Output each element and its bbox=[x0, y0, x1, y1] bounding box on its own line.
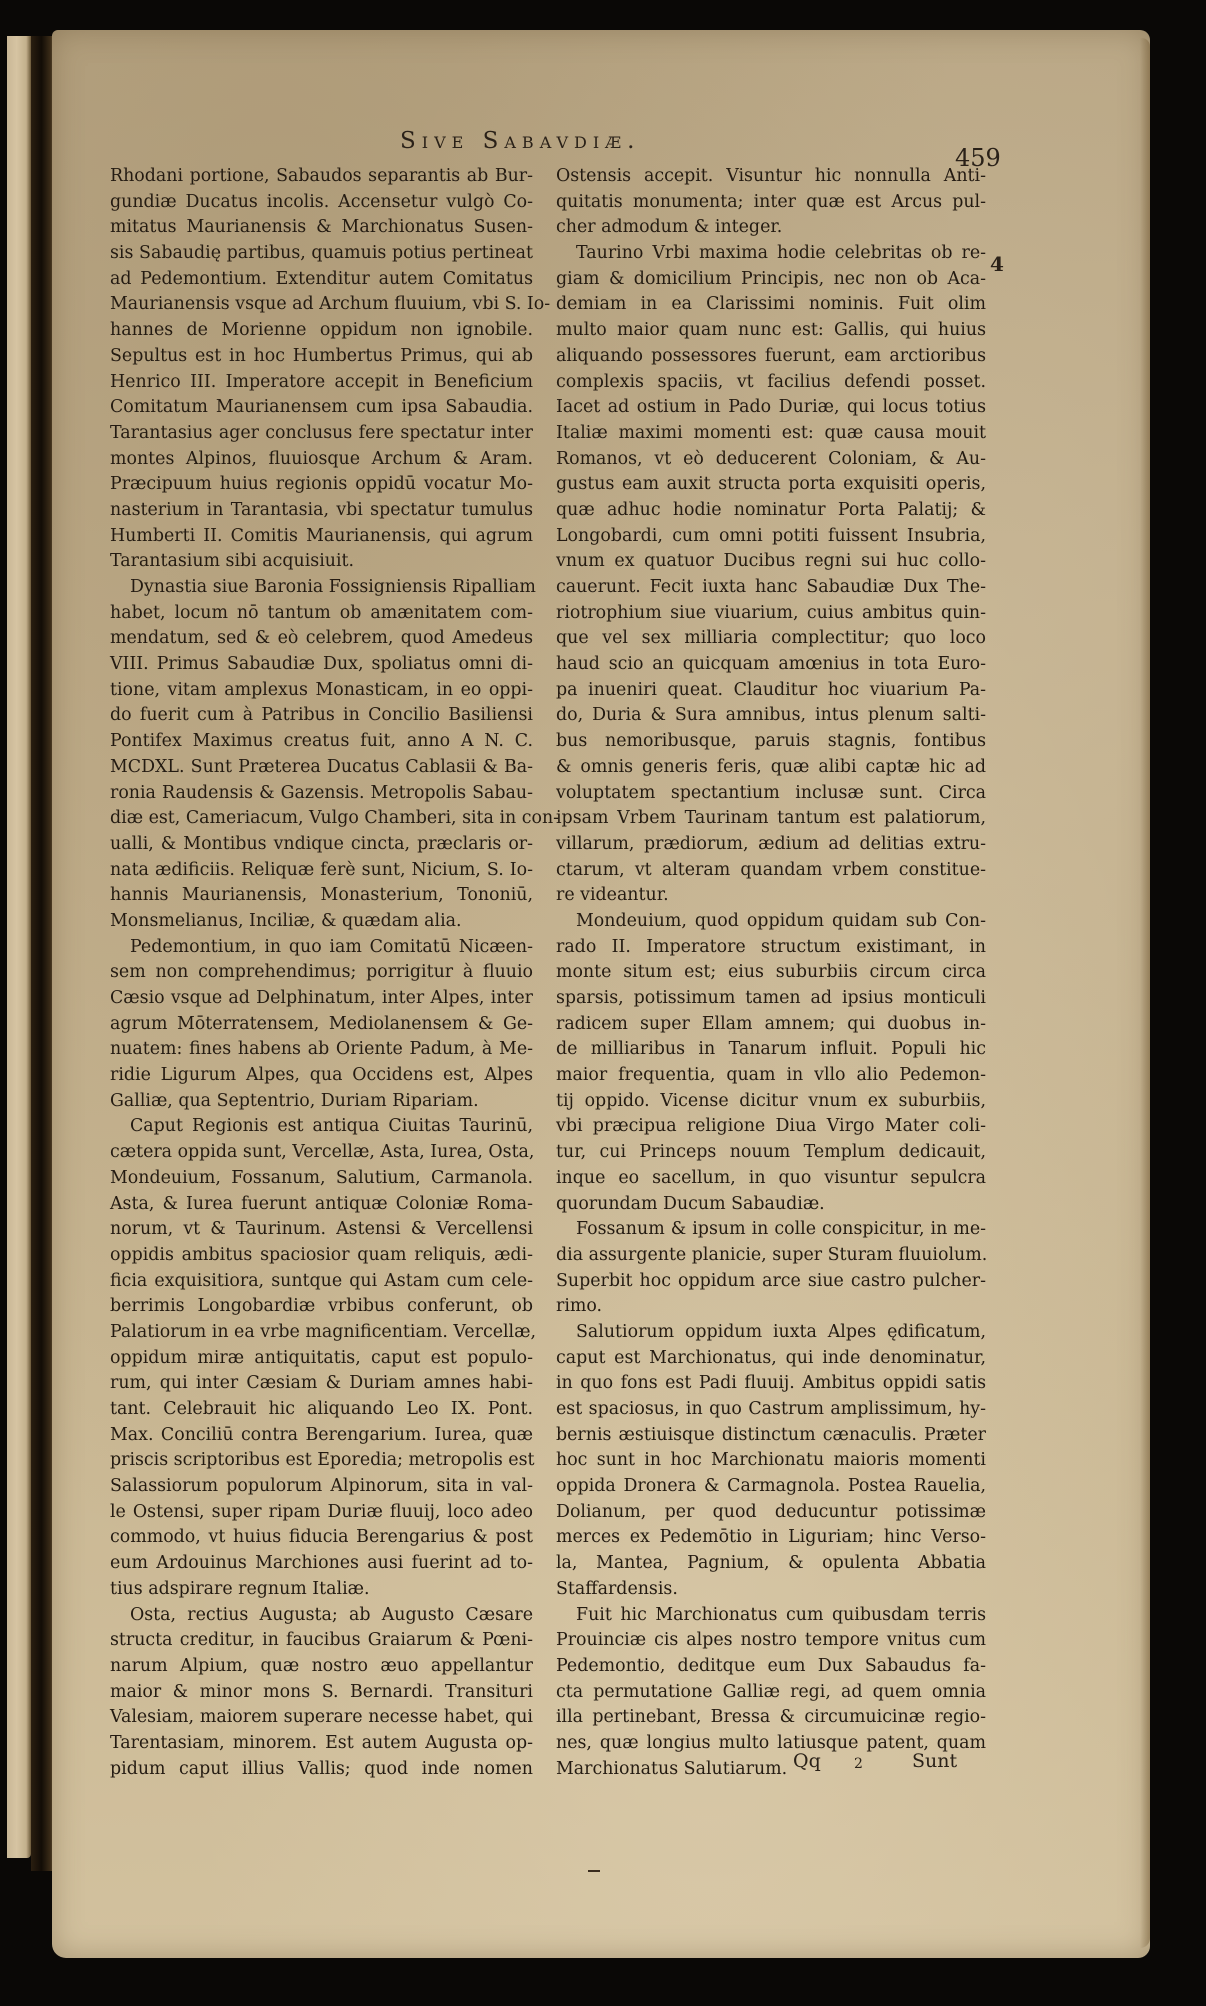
text-line: nasterium in Tarantasia, vbi spectatur t… bbox=[110, 498, 533, 524]
signature-number: 2 bbox=[854, 1756, 863, 1772]
text-line: Pontifex Maximus creatus fuit, anno A N.… bbox=[110, 729, 533, 755]
text-line: maior frequentia, quam in vllo alio Pede… bbox=[556, 1063, 986, 1089]
text-line: diæ est, Cameriacum, Vulgo Chamberi, sit… bbox=[110, 806, 533, 832]
text-line: que vel sex milliaria complectitur; quo … bbox=[556, 626, 986, 652]
text-line: Iacet ad ostium in Pado Duriæ, qui locus… bbox=[556, 395, 986, 421]
text-line: re videantur. bbox=[556, 883, 986, 909]
text-line: complexis spaciis, vt facilius defendi p… bbox=[556, 370, 986, 396]
text-line: Præcipuum huius regionis oppidū vocatur … bbox=[110, 472, 533, 498]
text-line: bus nemoribusque, paruis stagnis, fontib… bbox=[556, 729, 986, 755]
text-line: gustus eam auxit structa porta exquisiti… bbox=[556, 472, 986, 498]
text-line: cher admodum & integer. bbox=[556, 215, 986, 241]
text-line: VIII. Primus Sabaudiæ Dux, spoliatus omn… bbox=[110, 652, 533, 678]
text-line: ad Pedemontium. Extenditur autem Comitat… bbox=[110, 267, 533, 293]
text-line: Osta, rectius Augusta; ab Augusto Cæsare bbox=[110, 1603, 533, 1629]
text-line: pidum caput illius Vallis; quod inde nom… bbox=[110, 1757, 533, 1783]
text-line: Staffardensis. bbox=[556, 1577, 986, 1603]
catchword: Sunt bbox=[912, 1750, 957, 1772]
text-line: Romanos, vt eò deducerent Coloniam, & Au… bbox=[556, 447, 986, 473]
text-line: illa pertinebant, Bressa & circumuicinæ … bbox=[556, 1705, 986, 1731]
text-line: Tarantasium sibi acquisiuit. bbox=[110, 549, 533, 575]
text-line: Mondeuium, quod oppidum quidam sub Con- bbox=[556, 909, 986, 935]
right-column-text: Ostensis accepit. Visuntur hic nonnulla … bbox=[556, 164, 986, 1782]
text-line: Tarantasius ager conclusus fere spectatu… bbox=[110, 421, 533, 447]
text-line: gundiæ Ducatus incolis. Accensetur vulgò… bbox=[110, 190, 533, 216]
text-line: monte situm est; eius suburbiis circum c… bbox=[556, 960, 986, 986]
text-line: narum Alpium, quæ nostro æuo appellantur bbox=[110, 1654, 533, 1680]
text-line: Dolianum, per quod deducuntur potissimæ bbox=[556, 1500, 986, 1526]
text-line: berrimis Longobardiæ vrbibus conferunt, … bbox=[110, 1294, 533, 1320]
text-line: tur, cui Princeps nouum Templum dedicaui… bbox=[556, 1140, 986, 1166]
text-line: tij oppido. Vicense dicitur vnum ex subu… bbox=[556, 1089, 986, 1115]
text-line: giam & domicilium Principis, nec non ob … bbox=[556, 267, 986, 293]
text-line: in quo fons est Padi fluuij. Ambitus opp… bbox=[556, 1371, 986, 1397]
text-line: mendatum, sed & eò celebrem, quod Amedeu… bbox=[110, 626, 533, 652]
text-line: quæ adhuc hodie nominatur Porta Palatij;… bbox=[556, 498, 986, 524]
text-line: Cæsio vsque ad Delphinatum, inter Alpes,… bbox=[110, 986, 533, 1012]
text-line: Monsmelianus, Inciliæ, & quædam alia. bbox=[110, 909, 533, 935]
text-line: Salutiorum oppidum iuxta Alpes ędificatu… bbox=[556, 1320, 986, 1346]
text-line: vbi præcipua religione Diua Virgo Mater … bbox=[556, 1114, 986, 1140]
text-line: ipsam Vrbem Taurinam tantum est palatior… bbox=[556, 806, 986, 832]
text-line: haud scio an quicquam amœnius in tota Eu… bbox=[556, 652, 986, 678]
text-line: ridie Ligurum Alpes, qua Occidens est, A… bbox=[110, 1063, 533, 1089]
text-line: aliquando possessores fuerunt, eam arcti… bbox=[556, 344, 986, 370]
text-line: oppidis ambitus spaciosior quam reliquis… bbox=[110, 1243, 533, 1269]
text-line: ctarum, vt alteram quandam vrbem constit… bbox=[556, 858, 986, 884]
text-line: sis Sabaudię partibus, quamuis potius pe… bbox=[110, 241, 533, 267]
text-line: montes Alpinos, fluuiosque Archum & Aram… bbox=[110, 447, 533, 473]
text-line: agrum Mōterratensem, Mediolanensem & Ge- bbox=[110, 1012, 533, 1038]
text-line: Rhodani portione, Sabaudos separantis ab… bbox=[110, 164, 533, 190]
text-line: Palatiorum in ea vrbe magnificentiam. Ve… bbox=[110, 1320, 533, 1346]
text-line: & omnis generis feris, quæ alibi captæ h… bbox=[556, 755, 986, 781]
text-line: hannis Maurianensis, Monasterium, Tononi… bbox=[110, 883, 533, 909]
text-line: do fuerit cum à Patribus in Concilio Bas… bbox=[110, 703, 533, 729]
text-line: est spaciosus, in quo Castrum amplissimu… bbox=[556, 1397, 986, 1423]
text-line: Mondeuium, Fossanum, Salutium, Carmanola… bbox=[110, 1166, 533, 1192]
text-line: eum Ardouinus Marchiones ausi fuerint ad… bbox=[110, 1551, 533, 1577]
signature-mark: Qq bbox=[793, 1750, 821, 1772]
text-line: radicem super Ellam amnem; qui duobus in… bbox=[556, 1012, 986, 1038]
text-line: riotrophium siue viuarium, cuius ambitus… bbox=[556, 601, 986, 627]
text-line: caput est Marchionatus, qui inde denomin… bbox=[556, 1346, 986, 1372]
ink-mark bbox=[588, 1870, 600, 1872]
text-line: tione, vitam amplexus Monasticam, in eo … bbox=[110, 678, 533, 704]
text-line: do, Duria & Sura amnibus, intus plenum s… bbox=[556, 703, 986, 729]
text-line: Superbit hoc oppidum arce siue castro pu… bbox=[556, 1269, 986, 1295]
text-line: Max. Conciliū contra Berengarium. Iurea,… bbox=[110, 1423, 533, 1449]
text-line: rum, qui inter Cæsiam & Duriam amnes hab… bbox=[110, 1371, 533, 1397]
text-line: pa inueniri queat. Clauditur hoc viuariu… bbox=[556, 678, 986, 704]
text-line: Humberti II. Comitis Maurianensis, qui a… bbox=[110, 524, 533, 550]
text-line: Fuit hic Marchionatus cum quibusdam terr… bbox=[556, 1603, 986, 1629]
text-line: vnum ex quatuor Ducibus regni sui huc co… bbox=[556, 549, 986, 575]
text-line: quitatis monumenta; inter quæ est Arcus … bbox=[556, 190, 986, 216]
text-line: bernis æstiuisque distinctum cænaculis. … bbox=[556, 1423, 986, 1449]
text-line: hannes de Morienne oppidum non ignobile. bbox=[110, 318, 533, 344]
text-line: Pedemontium, in quo iam Comitatū Nicæen- bbox=[110, 935, 533, 961]
text-line: cauerunt. Fecit iuxta hanc Sabaudiæ Dux … bbox=[556, 575, 986, 601]
text-line: cætera oppida sunt, Vercellæ, Asta, Iure… bbox=[110, 1140, 533, 1166]
text-line: Taurino Vrbi maxima hodie celebritas ob … bbox=[556, 241, 986, 267]
text-line: merces ex Pedemōtio in Liguriam; hinc Ve… bbox=[556, 1525, 986, 1551]
text-line: la, Mantea, Pagnium, & opulenta Abbatia bbox=[556, 1551, 986, 1577]
text-line: commodo, vt huius fiducia Berengarius & … bbox=[110, 1525, 533, 1551]
text-line: de milliaribus in Tanarum influit. Popul… bbox=[556, 1037, 986, 1063]
text-line: Comitatum Maurianensem cum ipsa Sabaudia… bbox=[110, 395, 533, 421]
text-line: sparsis, potissimum tamen ad ipsius mont… bbox=[556, 986, 986, 1012]
text-line: dia assurgente planicie, super Sturam fl… bbox=[556, 1243, 986, 1269]
text-line: voluptatem spectantium inclusæ sunt. Cir… bbox=[556, 781, 986, 807]
text-line: tius adspirare regnum Italiæ. bbox=[110, 1577, 533, 1603]
text-line: Tarentasiam, minorem. Est autem Augusta … bbox=[110, 1731, 533, 1757]
text-line: Fossanum & ipsum in colle conspicitur, i… bbox=[556, 1217, 986, 1243]
text-line: Prouinciæ cis alpes nostro tempore vnitu… bbox=[556, 1628, 986, 1654]
text-line: multo maior quam nunc est: Gallis, qui h… bbox=[556, 318, 986, 344]
text-line: structa creditur, in faucibus Graiarum &… bbox=[110, 1628, 533, 1654]
text-line: priscis scriptoribus est Eporedia; metro… bbox=[110, 1448, 533, 1474]
text-line: le Ostensi, super ripam Duriæ fluuij, lo… bbox=[110, 1500, 533, 1526]
text-line: Pedemontio, deditque eum Dux Sabaudus fa… bbox=[556, 1654, 986, 1680]
text-line: oppidum miræ antiquitatis, caput est pop… bbox=[110, 1346, 533, 1372]
text-line: sem non comprehendimus; porrigitur à flu… bbox=[110, 960, 533, 986]
left-column-text: Rhodani portione, Sabaudos separantis ab… bbox=[110, 164, 533, 1782]
text-line: nuatem: fines habens ab Oriente Padum, à… bbox=[110, 1037, 533, 1063]
text-line: Valesiam, maiorem superare necesse habet… bbox=[110, 1705, 533, 1731]
text-line: MCDXL. Sunt Præterea Ducatus Cablasii & … bbox=[110, 755, 533, 781]
text-line: cta permutatione Galliæ regi, ad quem om… bbox=[556, 1680, 986, 1706]
running-head: Sive Sabavdiæ. bbox=[400, 128, 640, 154]
text-line: quorundam Ducum Sabaudiæ. bbox=[556, 1192, 986, 1218]
previous-page-edge bbox=[7, 36, 31, 1858]
text-line: Galliæ, qua Septentrio, Duriam Ripariam. bbox=[110, 1089, 533, 1115]
text-line: demiam in ea Clarissimi nominis. Fuit ol… bbox=[556, 292, 986, 318]
text-line: Henrico III. Imperatore accepit in Benef… bbox=[110, 370, 533, 396]
text-line: Asta, & Iurea fuerunt antiquæ Coloniæ Ro… bbox=[110, 1192, 533, 1218]
text-line: Maurianensis vsque ad Archum fluuium, vb… bbox=[110, 292, 533, 318]
text-line: Sepultus est in hoc Humbertus Primus, qu… bbox=[110, 344, 533, 370]
text-line: mitatus Maurianensis & Marchionatus Suse… bbox=[110, 215, 533, 241]
text-line: Dynastia siue Baronia Fossigniensis Ripa… bbox=[110, 575, 533, 601]
text-line: Salassiorum populorum Alpinorum, sita in… bbox=[110, 1474, 533, 1500]
text-line: inque eo sacellum, in quo visuntur sepul… bbox=[556, 1166, 986, 1192]
text-line: Italiæ maximi momenti est: quæ causa mou… bbox=[556, 421, 986, 447]
text-line: ualli, & Montibus vndique cincta, præcla… bbox=[110, 832, 533, 858]
text-line: hoc sunt in hoc Marchionatu maioris mome… bbox=[556, 1448, 986, 1474]
text-line: Longobardi, cum omni potiti fuissent Ins… bbox=[556, 524, 986, 550]
marginal-note: 4 bbox=[990, 252, 1004, 276]
text-line: Ostensis accepit. Visuntur hic nonnulla … bbox=[556, 164, 986, 190]
text-line: ficia exquisitiora, suntque qui Astam cu… bbox=[110, 1269, 533, 1295]
text-line: norum, vt & Taurinum. Astensi & Vercelle… bbox=[110, 1217, 533, 1243]
text-line: Caput Regionis est antiqua Ciuitas Tauri… bbox=[110, 1114, 533, 1140]
text-line: oppida Dronera & Carmagnola. Postea Raue… bbox=[556, 1474, 986, 1500]
text-line: tant. Celebrauit hic aliquando Leo IX. P… bbox=[110, 1397, 533, 1423]
text-line: rimo. bbox=[556, 1294, 986, 1320]
text-line: rado II. Imperatore structum existimant,… bbox=[556, 935, 986, 961]
text-line: ronia Raudensis & Gazensis. Metropolis S… bbox=[110, 781, 533, 807]
text-line: nata ædificiis. Reliquæ ferè sunt, Niciu… bbox=[110, 858, 533, 884]
text-line: villarum, prædiorum, ædium ad delitias e… bbox=[556, 832, 986, 858]
text-line: habet, locum nō tantum ob amænitatem com… bbox=[110, 601, 533, 627]
text-line: maior & minor mons S. Bernardi. Transitu… bbox=[110, 1680, 533, 1706]
